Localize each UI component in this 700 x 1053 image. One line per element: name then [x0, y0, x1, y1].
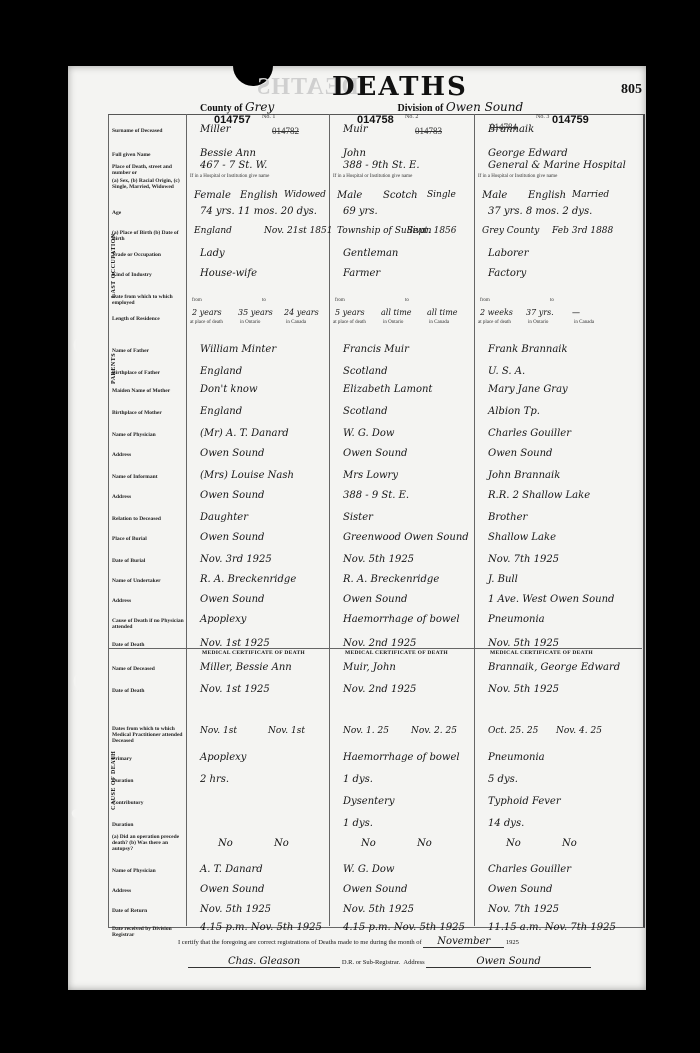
record-1-burial-place: Owen Sound [200, 532, 264, 543]
hospital-hint: If in a Hospital or Institution give nam… [190, 174, 269, 179]
record-1-primary-duration: 2 hrs. [200, 774, 229, 785]
record-2-given-name: John [343, 148, 366, 159]
record-3-residence-1: 2 weeks [480, 308, 513, 317]
row-label-burial-place: Place of Burial [112, 536, 186, 542]
record-2-primary: Haemorrhage of bowel [343, 752, 460, 763]
record-3-burial-date: Nov. 7th 1925 [488, 554, 559, 565]
record-1-undertaker-address: Owen Sound [200, 594, 264, 605]
row-label-industry: Kind of Industry [112, 272, 186, 278]
record-3-sex: Male [482, 190, 507, 201]
certify-text: I certify that the foregoing are correct… [178, 939, 422, 946]
row-label-date-return: Date of Return [112, 908, 186, 914]
record-2-operation: No [361, 838, 376, 849]
row-label-informant-address: Address [112, 494, 186, 500]
row-label-duration: Duration [112, 778, 186, 784]
row-label-date-of-death: Date of Death [112, 642, 186, 648]
record-2-attended-to: Nov. 2. 25 [411, 726, 457, 736]
row-label-surname: Surname of Deceased [112, 128, 186, 134]
to-label: to [262, 298, 266, 303]
record-1-residence-3: 24 years [284, 308, 319, 317]
record-3-burial-place: Shallow Lake [488, 532, 556, 543]
record-2-informant: Mrs Lowry [343, 470, 398, 481]
row-label-physician: Name of Physician [112, 432, 186, 438]
medical-certificate-heading: MEDICAL CERTIFICATE OF DEATH [345, 650, 448, 656]
at-place-label: at place of death [478, 320, 511, 325]
in-ontario-label: in Ontario [383, 320, 403, 325]
record-3-given-name: George Edward [488, 148, 568, 159]
to-label: to [550, 298, 554, 303]
record-3-trade: Laborer [488, 248, 529, 259]
record-1-date-return: Nov. 5th 1925 [200, 904, 271, 915]
row-label-age: Age [112, 210, 186, 216]
record-3-informant-address: R.R. 2 Shallow Lake [488, 490, 590, 501]
record-2-burial-date: Nov. 5th 1925 [343, 554, 414, 565]
record-3-contributory: Typhoid Fever [488, 796, 561, 807]
record-2-attended-from: Nov. 1. 25 [343, 726, 389, 736]
margin-mark: ( [73, 336, 78, 354]
row-label-mc-address: Address [112, 888, 186, 894]
record-3-date-return: Nov. 7th 1925 [488, 904, 559, 915]
record-2-industry: Farmer [343, 268, 380, 279]
record-1-date-received: 4.15 p.m. Nov. 5th 1925 [200, 922, 322, 933]
from-label: from [480, 298, 490, 303]
record-1-trade: Lady [200, 248, 225, 259]
side-label-cause-of-death: CAUSE OF DEATH [111, 751, 117, 810]
record-3-mother-maiden: Mary Jane Gray [488, 384, 568, 395]
column-divider [186, 114, 187, 926]
record-2-father-birthplace: Scotland [343, 366, 388, 377]
record-1-mother-birthplace: England [200, 406, 242, 417]
record-1-physician-address: Owen Sound [200, 448, 264, 459]
division-label: Division of [398, 103, 444, 114]
record-2-mother-maiden: Elizabeth Lamont [343, 384, 432, 395]
record-2-cause-no-physician: Haemorrhage of bowel [343, 614, 460, 625]
record-1-informant-address: Owen Sound [200, 490, 264, 501]
record-3-marital: Married [572, 190, 609, 200]
record-2-undertaker-address: Owen Sound [343, 594, 407, 605]
record-3-operation: No [506, 838, 521, 849]
record-1-given-name: Bessie Ann [200, 148, 256, 159]
margin-mark: ( [73, 672, 78, 690]
row-label-mc-name: Name of Deceased [112, 666, 186, 672]
record-3-birth-place: Grey County [482, 226, 539, 236]
registrar-signature: Chas. Gleason [188, 956, 340, 968]
record-1-relation: Daughter [200, 512, 248, 523]
side-label-parents: PARENTS [111, 353, 117, 384]
row-label-mc-date: Date of Death [112, 688, 186, 694]
row-label-relation: Relation to Deceased [112, 516, 186, 522]
record-1-residence-1: 2 years [192, 308, 222, 317]
record-3-reg-no: 014759 [552, 114, 589, 126]
record-1-entry-no: No. 1 [262, 114, 275, 120]
hospital-hint: If in a Hospital or Institution give nam… [333, 174, 412, 179]
record-2-mc-address: Owen Sound [343, 884, 407, 895]
record-2-reg-no: 014758 [357, 114, 394, 126]
record-3-age: 37 yrs. 8 mos. 2 dys. [488, 206, 592, 217]
in-ontario-label: in Ontario [240, 320, 260, 325]
record-1-place-of-death: 467 - 7 St. W. [200, 160, 267, 171]
at-place-label: at place of death [333, 320, 366, 325]
record-3-physician: Charles Gouiller [488, 428, 571, 439]
record-1-mc-address: Owen Sound [200, 884, 264, 895]
to-label: to [405, 298, 409, 303]
record-3-physician-address: Owen Sound [488, 448, 552, 459]
record-3-industry: Factory [488, 268, 526, 279]
record-3-entry-no: No. 3 [536, 114, 549, 120]
in-canada-label: in Canada [286, 320, 306, 325]
registrar-label: D.R. or Sub-Registrar. [342, 959, 400, 966]
record-3-undertaker: J. Bull [488, 574, 518, 585]
record-2-residence-3: all time [427, 308, 458, 317]
row-label-undertaker-address: Address [112, 598, 186, 604]
record-2-physician: W. G. Dow [343, 428, 394, 439]
record-3-cause-no-physician: Pneumonia [488, 614, 545, 625]
row-label-burial-date: Date of Burial [112, 558, 186, 564]
record-1-father-birthplace: England [200, 366, 242, 377]
margin-mark: ● [70, 802, 82, 825]
record-3-attended-to: Nov. 4. 25 [556, 726, 602, 736]
row-label-father-birthplace: Birthplace of Father [112, 370, 186, 376]
medical-certificate-heading: MEDICAL CERTIFICATE OF DEATH [490, 650, 593, 656]
registrar-certification: I certify that the foregoing are correct… [178, 936, 648, 968]
record-1-cause-no-physician: Apoplexy [200, 614, 246, 625]
record-3-primary: Pneumonia [488, 752, 545, 763]
division-value: Owen Sound [446, 100, 596, 115]
record-2-mother-birthplace: Scotland [343, 406, 388, 417]
row-label-dates-employed: Date from which to which employed [112, 294, 186, 306]
record-1-physician: (Mr) A. T. Danard [200, 428, 289, 439]
medical-certificate-heading: MEDICAL CERTIFICATE OF DEATH [202, 650, 305, 656]
address-value: Owen Sound [426, 956, 590, 968]
county-label: County of [200, 103, 243, 114]
record-3-date-received: 11.15 a.m. Nov. 7th 1925 [488, 922, 616, 933]
record-2-struck-no: 014783 [415, 126, 442, 136]
row-label-date-received: Date received by Division Registrar [112, 926, 186, 938]
row-label-father-name: Name of Father [112, 348, 186, 354]
record-2-contributory-duration: 1 dys. [343, 818, 373, 829]
county-division-line: County of Grey Division of Owen Sound [200, 100, 630, 115]
row-label-operation: (a) Did an operation precede death? (b) … [112, 834, 186, 852]
record-3-date-of-death: Nov. 5th 1925 [488, 638, 559, 649]
record-2-place-of-death: 388 - 9th St. E. [343, 160, 420, 171]
record-2-marital: Single [427, 190, 456, 200]
record-3-mc-date: Nov. 5th 1925 [488, 684, 559, 695]
record-3-autopsy: No [562, 838, 577, 849]
record-3-relation: Brother [488, 512, 527, 523]
record-1-struck-no: 014782 [272, 126, 299, 136]
record-1-autopsy: No [274, 838, 289, 849]
record-3-attended-from: Oct. 25. 25 [488, 726, 538, 736]
record-2-undertaker: R. A. Breckenridge [343, 574, 439, 585]
certify-year: 1925 [506, 939, 519, 946]
record-3-mc-address: Owen Sound [488, 884, 552, 895]
record-2-date-of-death: Nov. 2nd 1925 [343, 638, 416, 649]
column-divider [474, 114, 475, 926]
record-1-attended-to: Nov. 1st [268, 726, 305, 736]
record-1-mc-date: Nov. 1st 1925 [200, 684, 270, 695]
in-canada-label: in Canada [574, 320, 594, 325]
record-3-struck-no: 014784 [490, 122, 517, 132]
record-2-date-return: Nov. 5th 1925 [343, 904, 414, 915]
record-1-operation: No [218, 838, 233, 849]
page-title: DEATHS [332, 72, 468, 102]
record-2-autopsy: No [417, 838, 432, 849]
record-2-residence-2: all time [381, 308, 412, 317]
record-3-place-of-death: General & Marine Hospital [488, 160, 626, 171]
record-2-residence-1: 5 years [335, 308, 365, 317]
record-1-mc-physician: A. T. Danard [200, 864, 263, 875]
record-2-sex: Male [337, 190, 362, 201]
record-3-residence-3: — [572, 308, 580, 317]
record-2-mc-physician: W. G. Dow [343, 864, 394, 875]
record-1-sex: Female [194, 190, 231, 201]
record-2-origin: Scotch [383, 190, 418, 201]
row-label-attended: Dates from which to which Medical Practi… [112, 726, 186, 744]
from-label: from [192, 298, 202, 303]
row-label-informant: Name of Informant [112, 474, 186, 480]
record-2-relation: Sister [343, 512, 373, 523]
record-1-primary: Apoplexy [200, 752, 246, 763]
row-label-given-name: Full given Name [112, 152, 186, 158]
record-3-primary-duration: 5 dys. [488, 774, 518, 785]
row-label-place-of-death: Place of Death, street and number or [112, 164, 186, 176]
record-3-birth-date: Feb 3rd 1888 [552, 226, 613, 236]
record-2-entry-no: No. 2 [405, 114, 418, 120]
row-label-mc-physician: Name of Physician [112, 868, 186, 874]
row-label-physician-address: Address [112, 452, 186, 458]
row-label-residence: Length of Residence [112, 316, 186, 322]
death-register-page: DEATHS DEATHS 805 County of Grey Divisio… [68, 66, 646, 990]
in-ontario-label: in Ontario [528, 320, 548, 325]
in-canada-label: in Canada [429, 320, 449, 325]
record-1-reg-no: 014757 [214, 114, 251, 126]
record-1-origin: English [240, 190, 278, 201]
record-1-birth-place: England [194, 226, 232, 236]
at-place-label: at place of death [190, 320, 223, 325]
certify-month: November [423, 936, 504, 948]
address-label: Address [403, 959, 424, 966]
record-2-mc-name: Muir, John [343, 662, 396, 673]
row-label-cause-no-physician: Cause of Death if no Physician attended [112, 618, 186, 630]
record-1-marital: Widowed [284, 190, 326, 200]
record-3-mc-name: Brannaik, George Edward [488, 662, 620, 673]
record-3-residence-2: 37 yrs. [526, 308, 554, 317]
record-3-contributory-duration: 14 dys. [488, 818, 524, 829]
record-1-age: 74 yrs. 11 mos. 20 dys. [200, 206, 317, 217]
record-3-father-name: Frank Brannaik [488, 344, 568, 355]
record-1-informant: (Mrs) Louise Nash [200, 470, 294, 481]
record-3-informant: John Brannaik [488, 470, 560, 481]
side-label-last-occupation: LAST OCCUPATION [111, 233, 117, 298]
row-label-birth: (a) Place of Birth (b) Date of Birth [112, 230, 186, 242]
record-1-birth-date: Nov. 21st 1851 [264, 226, 332, 236]
record-1-date-of-death: Nov. 1st 1925 [200, 638, 270, 649]
record-2-informant-address: 388 - 9 St. E. [343, 490, 409, 501]
record-3-origin: English [528, 190, 566, 201]
record-1-father-name: William Minter [200, 344, 276, 355]
record-1-mother-maiden: Don't know [200, 384, 258, 395]
record-3-mc-physician: Charles Gouiller [488, 864, 571, 875]
record-2-date-received: 4.15 p.m. Nov. 5th 1925 [343, 922, 465, 933]
record-2-burial-place: Greenwood Owen Sound [343, 532, 469, 543]
record-3-undertaker-address: 1 Ave. West Owen Sound [488, 594, 614, 605]
record-1-mc-name: Miller, Bessie Ann [200, 662, 292, 673]
record-1-burial-date: Nov. 3rd 1925 [200, 554, 272, 565]
county-value: Grey [245, 100, 395, 115]
page-number: 805 [621, 82, 642, 98]
row-label-trade: Trade or Occupation [112, 252, 186, 258]
row-label-mother-birthplace: Birthplace of Mother [112, 410, 186, 416]
record-1-industry: House-wife [200, 268, 257, 279]
record-1-residence-2: 35 years [238, 308, 273, 317]
record-2-trade: Gentleman [343, 248, 398, 259]
row-label-contributory: Contributory [112, 800, 186, 806]
record-2-physician-address: Owen Sound [343, 448, 407, 459]
hospital-hint: If in a Hospital or Institution give nam… [478, 174, 557, 179]
row-label-mother-maiden: Maiden Name of Mother [112, 388, 186, 394]
record-2-birth-date: Sept. 1856 [407, 226, 457, 236]
record-2-contributory: Dysentery [343, 796, 395, 807]
row-label-duration2: Duration [112, 822, 186, 828]
record-2-age: 69 yrs. [343, 206, 378, 217]
record-1-attended-from: Nov. 1st [200, 726, 237, 736]
record-3-father-birthplace: U. S. A. [488, 366, 525, 377]
record-2-primary-duration: 1 dys. [343, 774, 373, 785]
record-2-father-name: Francis Muir [343, 344, 409, 355]
record-3-mother-birthplace: Albion Tp. [488, 406, 540, 417]
row-label-primary: Primary [112, 756, 186, 762]
record-2-mc-date: Nov. 2nd 1925 [343, 684, 416, 695]
row-label-undertaker: Name of Undertaker [112, 578, 186, 584]
row-label-sex-origin-marital: (a) Sex, (b) Racial Origin, (c) Single, … [112, 178, 186, 190]
record-1-undertaker: R. A. Breckenridge [200, 574, 296, 585]
from-label: from [335, 298, 345, 303]
